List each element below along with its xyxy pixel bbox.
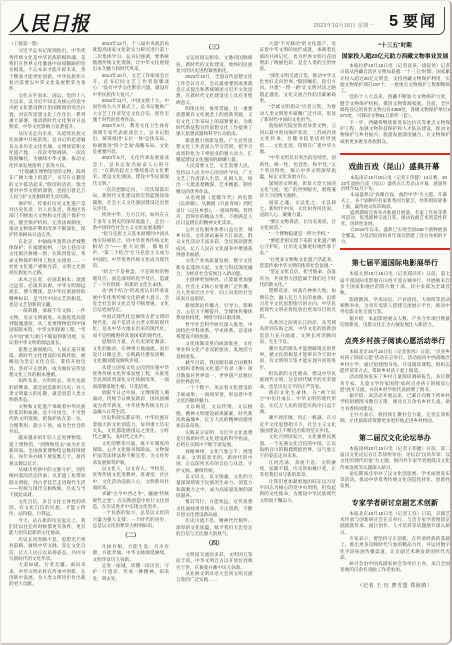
- paragraph: 让我们更加紧密地团结在以习近平同志为核心的党中央周围，担负起新的文化使命，为建设…: [260, 479, 337, 504]
- paragraph: 专家表示，要坚持守正创新，在传承经典的基础上，推出更多反映时代气象的精品力作，并…: [340, 536, 450, 561]
- paragraph: “一个博物院就是一所大学校。”: [260, 231, 337, 237]
- paragraph: 溯历史的源头才能理解现实的世界，循文化的根基才能辨识今天的中国，有文明的互鉴才能…: [260, 346, 337, 371]
- paragraph: 思想的力量，在历史深处激荡；文化的脉动，在神州大地涌流。顶层设计日臻完善，实践路…: [93, 339, 170, 364]
- article-rural-reading: 点亮乡村孩子阅读心愿活动举行 本报北京10月15日电（记者张烁）日前，“点亮乡村…: [340, 336, 450, 425]
- paragraph: 以文培元、以文铸魂，文化的力量深深熔铸于民族的生命力、创造力和凝聚力之中，成为高…: [176, 474, 253, 499]
- continuation-note: （上接第一版）: [9, 41, 86, 47]
- paragraph: 潮平两岸阔，风正一帆悬。在习近平文化思想指引下，社会主义文化强国建设正不断迈出新…: [260, 415, 337, 434]
- paragraph: 本报北京10月15日电（记者王珏）日前，京剧艺术传承与创新研讨会在京举行，与会专…: [340, 511, 450, 536]
- paragraph: 明体达用、体用贯通。这一重要思想既有文化观念上的创新突破，又有文化工作布局上的部…: [176, 106, 253, 138]
- paragraph: “要把老祖宗留下来的文化遗产精心守护好，让历史文脉更好地传承下去。”: [260, 238, 337, 257]
- paragraph: 文以载道，文以传情，文以植德。精神文明建设硕果累累，时代新风吹遍城乡，亿万人民的…: [176, 404, 253, 429]
- paragraph: 文化关乎国本、国运。党的十八大以来，以习近平同志为核心的党中央把文化建设摆在治国…: [9, 93, 86, 131]
- article-column-4: 大量“不可移动”的文化遗产，见证着中华文明的灿烂成就，承载着民族的共同记忆，也为…: [260, 41, 337, 639]
- section-title: 要闻: [403, 10, 437, 31]
- paragraph: 在北京，中轴线申遗带动老城整体保护；在福建福州，三坊七巷历史文化街区修缮一新；在…: [9, 239, 86, 277]
- paragraph: 文物和文化遗产承载着中华民族的基因和血脉，是不可再生、不可替代的文明资源。把保护…: [9, 404, 86, 436]
- paragraph: 一个个数字，见证着文化建设的丰硕成果；一项项荣誉，彰显着中华文化的独特魅力。: [176, 385, 253, 404]
- article-column-3: （三）文运同国运相牵，文脉同国脉相连。新时代的文化建设，始终同民族复兴的历史进程…: [176, 41, 253, 639]
- highlight-box[interactable]: 戏曲百戏（昆山）盛典开幕 本报南京10月15日电（记者王伟健）14日晚，2023…: [340, 153, 450, 251]
- paragraph: 本报太原10月15日电（记者郑洋洋）日前，第七届平遥国际电影展在山西平遥古城举行…: [340, 271, 450, 296]
- paragraph: 新闻舆论传播力、引导力、影响力、公信力不断提升，全媒体传播体系加快构建，网络空间…: [176, 303, 253, 322]
- article-headline: 专家学者研讨京剧艺术创新: [340, 498, 450, 508]
- paragraph: 截至目前，我国拥有联合国教科文组织非物质文化遗产名录（册）项目数量居世界第一，世…: [176, 360, 253, 385]
- article-han-culture-forum: 第二届汉文化论坛举办 本报徐州10月15日电（记者王伟健）日前，第二届汉文化论坛…: [340, 433, 450, 490]
- paragraph: 以文化人，以文育人。学校里，优秀传统文化进教材、进课堂；社区中，文化活动浸润人心…: [93, 466, 170, 491]
- paragraph: 本报徐州10月15日电（记者王伟健）日前，第二届汉文化论坛在江苏徐州举办。论坛以…: [340, 446, 450, 471]
- paragraph: 本届盛典以“戏聚百戏、曲韵中华”为主题，开幕式上，多个剧种的名家新秀同台献艺，经…: [341, 192, 447, 209]
- paragraph: 今天，站在新的历史起点上，我们比以往任何时候都更有条件、更有能力担负起新的文化使…: [9, 518, 86, 537]
- paragraph: 大量“不可移动”的文化遗产，见证着中华文明的灿烂成就，承载着民族的共同记忆，也为…: [260, 41, 337, 73]
- paragraph: 自2018年以来，盛典已实现全国348个剧种展演全覆盖，为基层院团和青年演员搭建…: [341, 227, 447, 244]
- reporters-credit: （记者 王 珏 曹雪盟 郑海鸥）: [340, 582, 450, 589]
- paragraph: “全球文明倡议”应者云集，为推动人类文明进步凝聚广泛共识，彰显了新时代中国的文化…: [260, 104, 337, 123]
- paragraph: 2016年11月，中国文联十大、中国作协九大开幕式上，总书记勉励广大文艺工作者坚…: [93, 98, 170, 123]
- paragraph: 2020年9月，教育文化卫生体育领域专家代表座谈会上，总书记指出，统筹推进“五位…: [93, 123, 170, 155]
- paragraph: 惟其笃行，方能致远。宣传思想文化战线勇担使命、守正创新，不断开创文化建设新局面。: [176, 499, 253, 518]
- paragraph: 新思想引领新征程。广大宣传思想文化工作者深入学习贯彻，把学习成果转化为干事创业的…: [176, 138, 253, 163]
- paragraph: 主办方表示，将持续汇聚社会力量，完善长效机制，让优质阅读资源更多更好地走进乡村校…: [340, 412, 450, 425]
- paragraph: 从城市更新中的文脉守护，到传统村落的活态传承；从非遗工坊带动群众增收，到古老技艺…: [9, 467, 86, 499]
- masthead-logo: 人民日报: [10, 8, 90, 37]
- paragraph: 2014年10月，文艺工作座谈会召开。总书记同文艺工作者促膝谈心：“没有中华文化…: [93, 73, 170, 98]
- paragraph: 敦煌研究院里察看珍贵文物，云冈石窟中询问保护状况，三苏祠内谈文化传承，岳麓书院里…: [260, 123, 337, 155]
- paragraph: 研讨会由中国戏剧家协会等单位主办，来自全国各地的百余名戏曲工作者参加。: [340, 561, 450, 574]
- paragraph: 2023年10月，全国宣传思想文化工作会议召开，会议最重要的成果就是正式提出和系…: [176, 74, 253, 106]
- paragraph: “结合”不是拼盘，不是简单的物理反应，而是深刻的化学反应，造就了一个有机统一的新…: [93, 269, 170, 288]
- paragraph: 哲学社会科学研究深入推进，中国特色学科体系、学术体系、话语体系建设不断加强。: [176, 322, 253, 341]
- paragraph: 从亚洲文明对话大会到文明交流互鉴的广泛实践……: [176, 571, 253, 584]
- paragraph: 文化体制改革向纵深推进，文化事业和文化产业双轮驱动，发展活力竞相迸发。: [176, 341, 253, 360]
- paragraph: 求解“古今中西之争”，融通“传统现代之变”。在实践创造中进行文化创造，在历史进步…: [93, 491, 170, 510]
- paragraph: 国家之魂，文以化之，文以铸之。新时代中国，文化如春风化雨，浸润人心、凝聚力量。: [260, 200, 337, 219]
- paragraph: 担负新的文化使命，建设中华民族现代文明，这是时代赋予的光荣使命，也是历史交予的庄…: [260, 371, 337, 390]
- article-body: 本报拉萨10月15日电（记者袁泉、徐驭尧）记者日前从西藏自治区文物局获悉：“十三…: [340, 63, 450, 145]
- paragraph: 保护好、传承好历史文化遗产是对历史负责、对人民负责。各地区各部门不断加大文物和文…: [9, 201, 86, 239]
- paragraph: 人民需要文艺，文艺需要人民。坚持以人民为中心的创作导向，广大文艺工作者深入生活、…: [176, 163, 253, 195]
- paragraph: 文化自信，来自文化主体性的巩固。有文化自信的民族，才能立得住、站得稳、行得远。: [9, 499, 86, 518]
- paragraph: 本报南京10月15日电（记者王伟健）14日晚，2023年戏曲百戏（昆山）盛典在江…: [341, 175, 447, 192]
- paragraph: 文化的繁荣兴盛，离不开制度的保障。公共文化服务保障法、文物保护法等法律法规不断完…: [93, 441, 170, 466]
- paragraph: 文运同国运相牵，文脉同国脉相连。新时代的文化建设，始终同民族复兴的历史进程紧密相…: [176, 55, 253, 74]
- paragraph: “把马克思主义基本原理同中国具体实际相结合、同中华优秀传统文化相结合”——重大论…: [93, 231, 170, 269]
- paragraph: 新的文化生命体，在“两个结合”中茁壮成长；中华文明的现代形态，在亿万人民的创造实…: [260, 390, 337, 415]
- page-number: 5: [389, 13, 398, 31]
- paragraph: 江河浩荡，奔流不息；文明赓续，弦歌不辍。历史的如椽巨笔，正等待我们书写新的篇章。: [260, 460, 337, 479]
- date-text: 2023年10月16日 星期一: [314, 22, 374, 29]
- paragraph: 放眼神州，文化气象万千；展望未来，文明前景光明。新时代的中国，正以前所未有的自信…: [176, 449, 253, 474]
- paragraph: 泱泱中华，万古江河。如何在五千多年文明史的深厚底蕴上，走出一条中国特色社会主义文…: [93, 212, 170, 231]
- paragraph: 党的十八大以来，西藏不断加大文物保护力度，健全文物保护机构，摸清文物资源家底。目…: [340, 94, 450, 119]
- article-headline: 国家投入超20亿元助力西藏文物事业发展: [340, 51, 450, 60]
- paragraph: 深刻的文明观，彰显大党大国的文化气度；宽广的世界眼光，展现兼济天下的博大胸怀。: [260, 181, 337, 200]
- article-body: 本报北京10月15日电（记者张烁）日前，“点亮乡村孩子阅读心愿”活动在京举行。活…: [340, 349, 450, 425]
- section-marker: （三）: [176, 45, 253, 51]
- paragraph: “让收藏在博物馆里的文物、陈列在广阔大地上的遗产、书写在古籍里的文字都活起来。”…: [9, 169, 86, 201]
- paragraph: 铿锵话语，回荡在神州大地；如磐信念，融入亿万人民的血脉。沿着习近平文化思想指引的…: [260, 288, 337, 320]
- paragraph: 据介绍，该活动开展以来，已累计向数千所乡村学校捐赠图书数百万册，惠及百万余名乡村…: [340, 393, 450, 412]
- paragraph: 越来越多的年轻人走进博物馆、爱上博物馆，“到博物馆去”成为社会新风尚。全国备案博…: [9, 435, 86, 467]
- article-column-2: 2013年12月，十八届中央政治局就提高国家文化软实力研究进行第十二次集体学习，…: [93, 41, 170, 639]
- paragraph: 凡树有根，方能生发；凡水有源，方能奔涌。中华文脉绵延赓续，文明华章历久弥新。: [93, 544, 170, 563]
- paragraph: 2013年12月，十八届中央政治局就提高国家文化软实力研究进行第十二次集体学习，…: [93, 41, 170, 73]
- paragraph: 论坛期间还举办了汉文化创意展、学术成果发布等活动，推动中华优秀传统文化创造性转化…: [340, 471, 450, 490]
- paragraph: 从建立国家文化公园到实施中华优秀传统文化传承发展工程，从推进全民阅读到深化文化体…: [93, 365, 170, 390]
- paragraph: “坚定文化自信、担当使命、奋发有为，共同努力创造属于我们这个时代的新文化。”: [260, 269, 337, 288]
- article-body: 本报太原10月15日电（记者郑洋洋）日前，第七届平遥国际电影展在山西平遥古城举行…: [340, 271, 450, 328]
- paragraph: 文化产业高质量发展，数字文化新业态蓬勃兴起，文化与科技深度融合，为经济社会发展注…: [176, 258, 253, 277]
- paragraph: 影展期间，学术论坛、产业创投、大师班等活动相继举办，为青年电影人搭建交流展示平台…: [340, 297, 450, 316]
- paragraph: 历史和现实都证明，中华民族有着强大的文化创造力。每到重大历史关头，文化都能感国运…: [93, 415, 170, 440]
- paragraph: 思想之旗领航向，人间正道开新篇。新时代文化建设的实践经验，被概括为坚定文化自信、…: [9, 347, 86, 379]
- paragraph: 一次次把脉定向，一次次谋篇布局，新时代文化建设的宏伟蓝图徐徐铺展，社会主义文化强…: [93, 187, 170, 212]
- article-peking-opera: 专家学者研讨京剧艺术创新 本报北京10月15日电（记者王珏）日前，京剧艺术传承与…: [340, 498, 450, 574]
- paragraph: “让更多文物和文化遗产活起来，营造传承中华文明的浓厚社会氛围。”: [260, 257, 337, 270]
- paragraph: 从“两个结合”的高度认识传承发展中华优秀传统文化的重大意义，全党全社会的文化自觉…: [93, 288, 170, 313]
- paragraph: “深化文明交流互鉴，推动中华文化更好走向世界。”殷切嘱托，指引方向。共建“一带一…: [260, 73, 337, 105]
- article-pingyao-film: 第七届平遥国际电影展举行 本报太原10月15日电（记者郑洋洋）日前，第七届平遥国…: [340, 258, 450, 328]
- paragraph: 一部典籍，承载千年文脉；一件文物，见证文明演进。从敦煌莫高窟到殷墟遗址，从三星堆…: [9, 308, 86, 346]
- article-kicker: “十三五”时期: [340, 41, 450, 49]
- main-article: （上接第一版）习近平总书记深刻指出，中华优秀传统文化是中华民族的根和魂，是我们在…: [9, 41, 336, 639]
- article-column-1: （上接第一版）习近平总书记深刻指出，中华优秀传统文化是中华民族的根和魂，是我们在…: [9, 41, 86, 639]
- article-body: 本报徐州10月15日电（记者王伟健）日前，第二届汉文化论坛在江苏徐州举办。论坛以…: [340, 446, 450, 490]
- paragraph: 习近平总书记深刻指出，中华优秀传统文化是中华民族的根和魂，是我们在世界文化激荡中…: [9, 48, 86, 92]
- paragraph: 2023年6月，文化传承发展座谈会上，总书记发出振奋人心的号召：“在新的起点上继…: [93, 155, 170, 187]
- news-briefs-column: “十三五”时期 国家投入超20亿元助力西藏文物事业发展 本报拉萨10月15日电（…: [340, 41, 450, 641]
- paragraph: 据介绍，本届影展观众人数、产业合作项目数量均创新高，电影文化正为古城发展注入新活…: [340, 316, 450, 329]
- paragraph: 中国式现代化是赓续古老文明的现代化，而不是消灭古老文明的现代化；是从中华大地长出…: [93, 314, 170, 339]
- paragraph: 大道如砥，行者无疆。面向未来，中华文明必将在传承中创新、在创新中发展，为人类文明…: [9, 562, 86, 587]
- page-number-block: 5 要闻: [389, 10, 437, 31]
- paragraph: 从黄河之滨到长江两岸，从雪域高原到东海之滨，中华文化的创新创造活力充分涌流，文明…: [260, 320, 337, 345]
- newspaper-page: 人民日报 2023年10月16日 星期一 5 要闻 （上接第一版）习近平总书记深…: [0, 0, 452, 645]
- article-opera-festival: 戏曲百戏（昆山）盛典开幕 本报南京10月15日电（记者王伟健）14日晚，2023…: [341, 161, 447, 245]
- paragraph: 历史川流不息，精神代代相传。深厚的文化底蕴，赋予我们无比坚定的自信与无比强大的底…: [176, 518, 253, 537]
- paragraph: 实践充分证明，习近平文化思想是引领新时代文化建设的科学指南，必将在实践中不断丰富…: [176, 430, 253, 449]
- paragraph: 盛典期间还将举办新剧目展演、名家工作坊等系列活动，促进剧种交流互鉴，推动戏曲艺术…: [341, 210, 447, 227]
- paragraph: 本报拉萨10月15日电（记者袁泉、徐驭尧）记者日前从西藏自治区文物局获悉：“十三…: [340, 63, 450, 94]
- paragraph: 从历史走向未来，从延续民族文化血脉中开拓前进。总书记的足迹遍及众多历史文化名城、…: [9, 131, 86, 169]
- article-headline: 第二届汉文化论坛举办: [340, 433, 450, 443]
- article-headline: 第七届平遥国际电影展举行: [340, 258, 450, 268]
- paragraph: 一个民族的复兴，总是以文化的兴盛为强大支撑；一个时代的进步，总是以文化的繁荣为鲜…: [93, 510, 170, 529]
- section-marker: （四）: [176, 541, 253, 547]
- article-tibet-heritage: “十三五”时期 国家投入超20亿元助力西藏文物事业发展 本报拉萨10月15日电（…: [340, 41, 450, 145]
- paragraph: 下一步，西藏将继续推进布达拉宫等重点文物保护工程，加强文物科技保护和人才队伍建设…: [340, 120, 450, 145]
- paragraph: “中华文明具有突出的连续性、创新性、统一性、包容性、和平性。”五个突出特性，揭示…: [260, 155, 337, 180]
- paragraph: 历史长河奔腾不息，思想光芒照亮前路。赓续中华文脉、坚定文化自信，亿万人民正以昂扬…: [9, 537, 86, 562]
- paragraph: 从电视剧《觉醒年代》到电影《长津湖》，从舞剧《只此青绿》到纪录片《记住乡愁》，一…: [176, 195, 253, 227]
- article-body: 本报南京10月15日电（记者王伟健）14日晚，2023年戏曲百戏（昆山）盛典在江…: [341, 175, 447, 245]
- paragraph: 文明因交流而多彩，文明因互鉴而丰富。中华文明自古以开放包容闻名于世，在兼收并蓄中…: [176, 552, 253, 571]
- article-headline: 戏曲百戏（昆山）盛典开幕: [341, 161, 447, 172]
- paragraph: 走进一座城，读懂一段历史；守护一片遗存，传承一种精神。知来处，明去处。: [93, 563, 170, 582]
- article-body: 本报北京10月15日电（记者王珏）日前，京剧艺术传承与创新研讨会在京举行，与会专…: [340, 511, 450, 574]
- paragraph: 放眼今日之中国，文博场馆人潮涌动，传统节日焕发新彩，国风国潮成为青年新宠，中华优…: [93, 390, 170, 415]
- article-headline: 点亮乡村孩子阅读心愿活动举行: [340, 336, 450, 346]
- section-marker: （二）: [93, 533, 170, 539]
- paragraph: 文化兴则国家兴，文化强则民族强。一个充满文化自信的中国，正以海纳百川的胸襟拥抱世…: [260, 434, 337, 459]
- paragraph: 公共文化服务体系日益完善，城乡书房、文化驿站遍布大江南北，群众文化活动丰富多彩，…: [176, 227, 253, 259]
- paragraph: 活动现场发布了乡村儿童阅读调研报告，多位教育专家、儿童文学作家围绕“如何点亮孩子…: [340, 374, 450, 393]
- paragraph: 主旋律更加响亮，正能量更加强劲。社会主义核心价值观广泛传播，凡人善举层出不穷，向…: [176, 277, 253, 302]
- paragraph: 本报北京10月15日电（记者张烁）日前，“点亮乡村孩子阅读心愿”活动在京举行。活…: [340, 349, 450, 374]
- paragraph: “要让文物说话，让历史说话，让文化说话。”: [260, 219, 337, 232]
- page-header: 人民日报 2023年10月16日 星期一 5 要闻: [9, 7, 445, 35]
- paragraph: 知所从来，方明所去。对历史最好的继承，就是创造新的历史；对人类文明最大的礼敬，就…: [9, 378, 86, 403]
- paragraph: 求木之长者，必固其根本；欲流之远者，必浚其泉源。中华文明源远流长、博大精深，是中…: [9, 277, 86, 309]
